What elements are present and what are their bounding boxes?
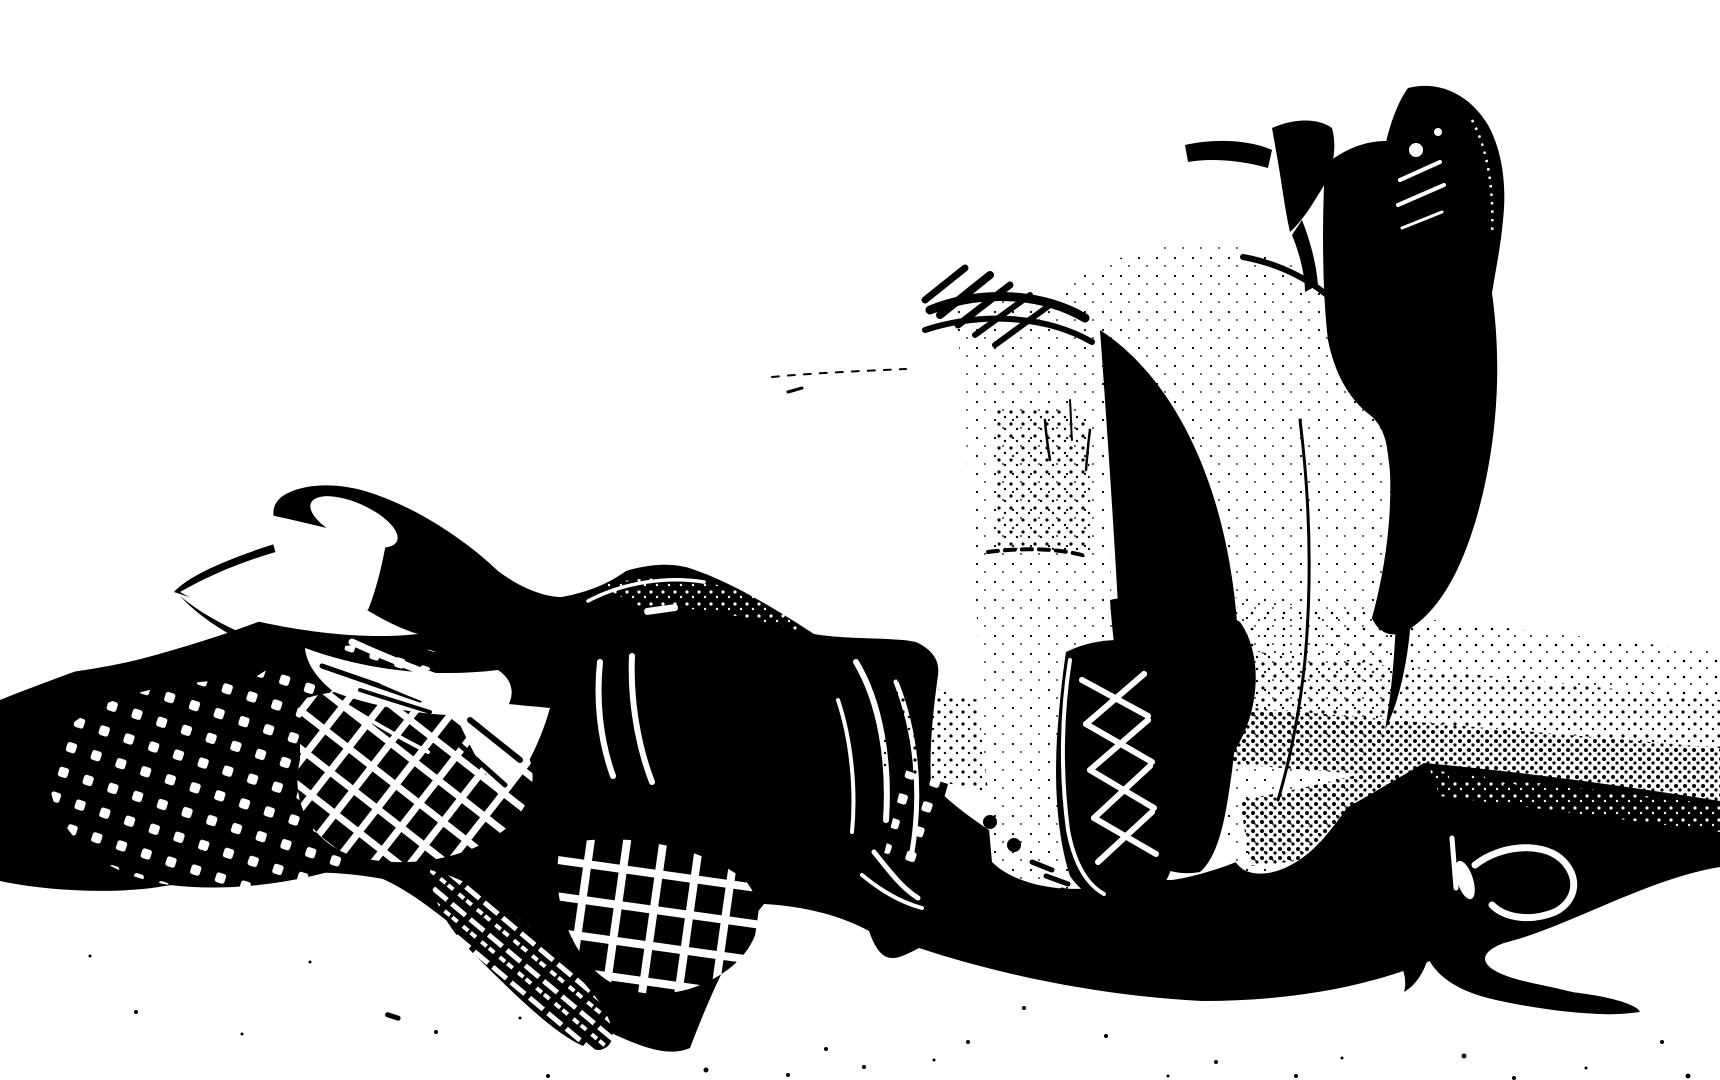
laced-boot	[1056, 640, 1181, 905]
raised-boot-highlight2	[1434, 128, 1442, 136]
laced-boot-body	[1056, 640, 1181, 905]
left-leg-shade-patch	[995, 408, 1092, 560]
bitonal-cowboy-photo: High-contrast black and white photograph…	[0, 0, 1720, 1080]
raised-boot	[1374, 86, 1505, 393]
raised-boot-highlight	[1409, 143, 1423, 157]
